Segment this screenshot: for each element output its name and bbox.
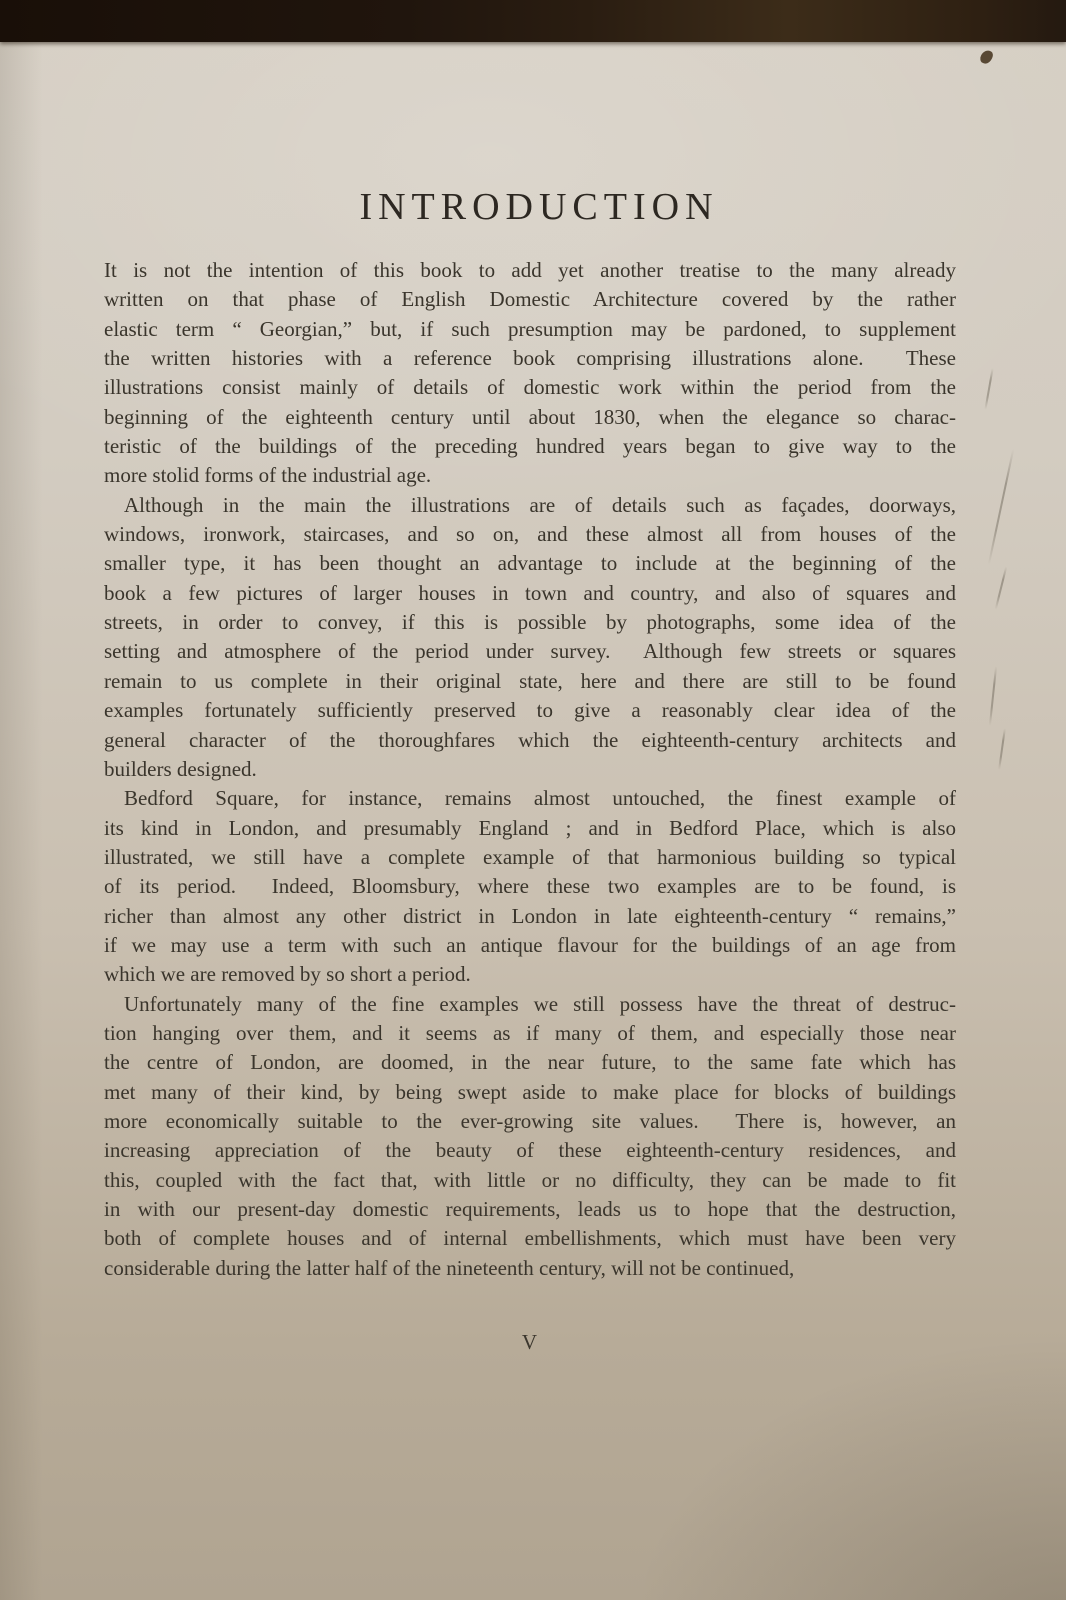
text-line: in with our present-day domestic require… [104, 1195, 956, 1224]
text-line: which we are removed by so short a perio… [104, 960, 956, 989]
page-scratch-mark [989, 666, 997, 726]
text-line: illustrations consist mainly of details … [104, 373, 956, 402]
text-line: builders designed. [104, 755, 956, 784]
text-line: both of complete houses and of internal … [104, 1224, 956, 1253]
text-line: elastic term “ Georgian,” but, if such p… [104, 315, 956, 344]
page-number: V [104, 1330, 956, 1355]
book-page-photo: INTRODUCTION It is not the intention of … [0, 0, 1066, 1600]
page-title: INTRODUCTION [0, 185, 1066, 229]
text-line: increasing appreciation of the beauty of… [104, 1136, 956, 1165]
text-line: this, coupled with the fact that, with l… [104, 1166, 956, 1195]
page-scratch-mark [995, 566, 1008, 609]
paragraph: Bedford Square, for instance, remains al… [104, 784, 956, 989]
text-line: tion hanging over them, and it seems as … [104, 1019, 956, 1048]
book-top-edge-band [0, 0, 1066, 42]
page-scratch-mark [998, 728, 1006, 770]
paragraph: Unfortunately many of the fine examples … [104, 990, 956, 1283]
text-line: smaller type, it has been thought an adv… [104, 549, 956, 578]
text-line: illustrated, we still have a complete ex… [104, 843, 956, 872]
page-scratch-mark [988, 449, 1014, 565]
text-line: the centre of London, are doomed, in the… [104, 1048, 956, 1077]
page-scratch-mark [984, 368, 993, 410]
text-line: its kind in London, and presumably Engla… [104, 814, 956, 843]
page-speck [978, 48, 994, 66]
text-line: richer than almost any other district in… [104, 902, 956, 931]
text-line: It is not the intention of this book to … [104, 256, 956, 285]
text-line: remain to us complete in their original … [104, 667, 956, 696]
text-line: Bedford Square, for instance, remains al… [104, 784, 956, 813]
text-line: book a few pictures of larger houses in … [104, 579, 956, 608]
text-line: written on that phase of English Domesti… [104, 285, 956, 314]
text-line: more economically suitable to the ever-g… [104, 1107, 956, 1136]
text-line: windows, ironwork, staircases, and so on… [104, 520, 956, 549]
text-line: of its period. Indeed, Bloomsbury, where… [104, 872, 956, 901]
text-line: if we may use a term with such an antiqu… [104, 931, 956, 960]
text-line: considerable during the latter half of t… [104, 1254, 956, 1283]
paragraph: Although in the main the illustrations a… [104, 491, 956, 784]
text-line: more stolid forms of the industrial age. [104, 461, 956, 490]
text-line: beginning of the eighteenth century unti… [104, 403, 956, 432]
text-line: met many of their kind, by being swept a… [104, 1078, 956, 1107]
text-line: examples fortunately sufficiently preser… [104, 696, 956, 725]
text-line: Although in the main the illustrations a… [104, 491, 956, 520]
body-text: It is not the intention of this book to … [104, 256, 956, 1283]
text-line: general character of the thoroughfares w… [104, 726, 956, 755]
text-line: streets, in order to convey, if this is … [104, 608, 956, 637]
text-line: setting and atmosphere of the period und… [104, 637, 956, 666]
text-line: teristic of the buildings of the precedi… [104, 432, 956, 461]
text-line: the written histories with a reference b… [104, 344, 956, 373]
text-line: Unfortunately many of the fine examples … [104, 990, 956, 1019]
paragraph: It is not the intention of this book to … [104, 256, 956, 491]
